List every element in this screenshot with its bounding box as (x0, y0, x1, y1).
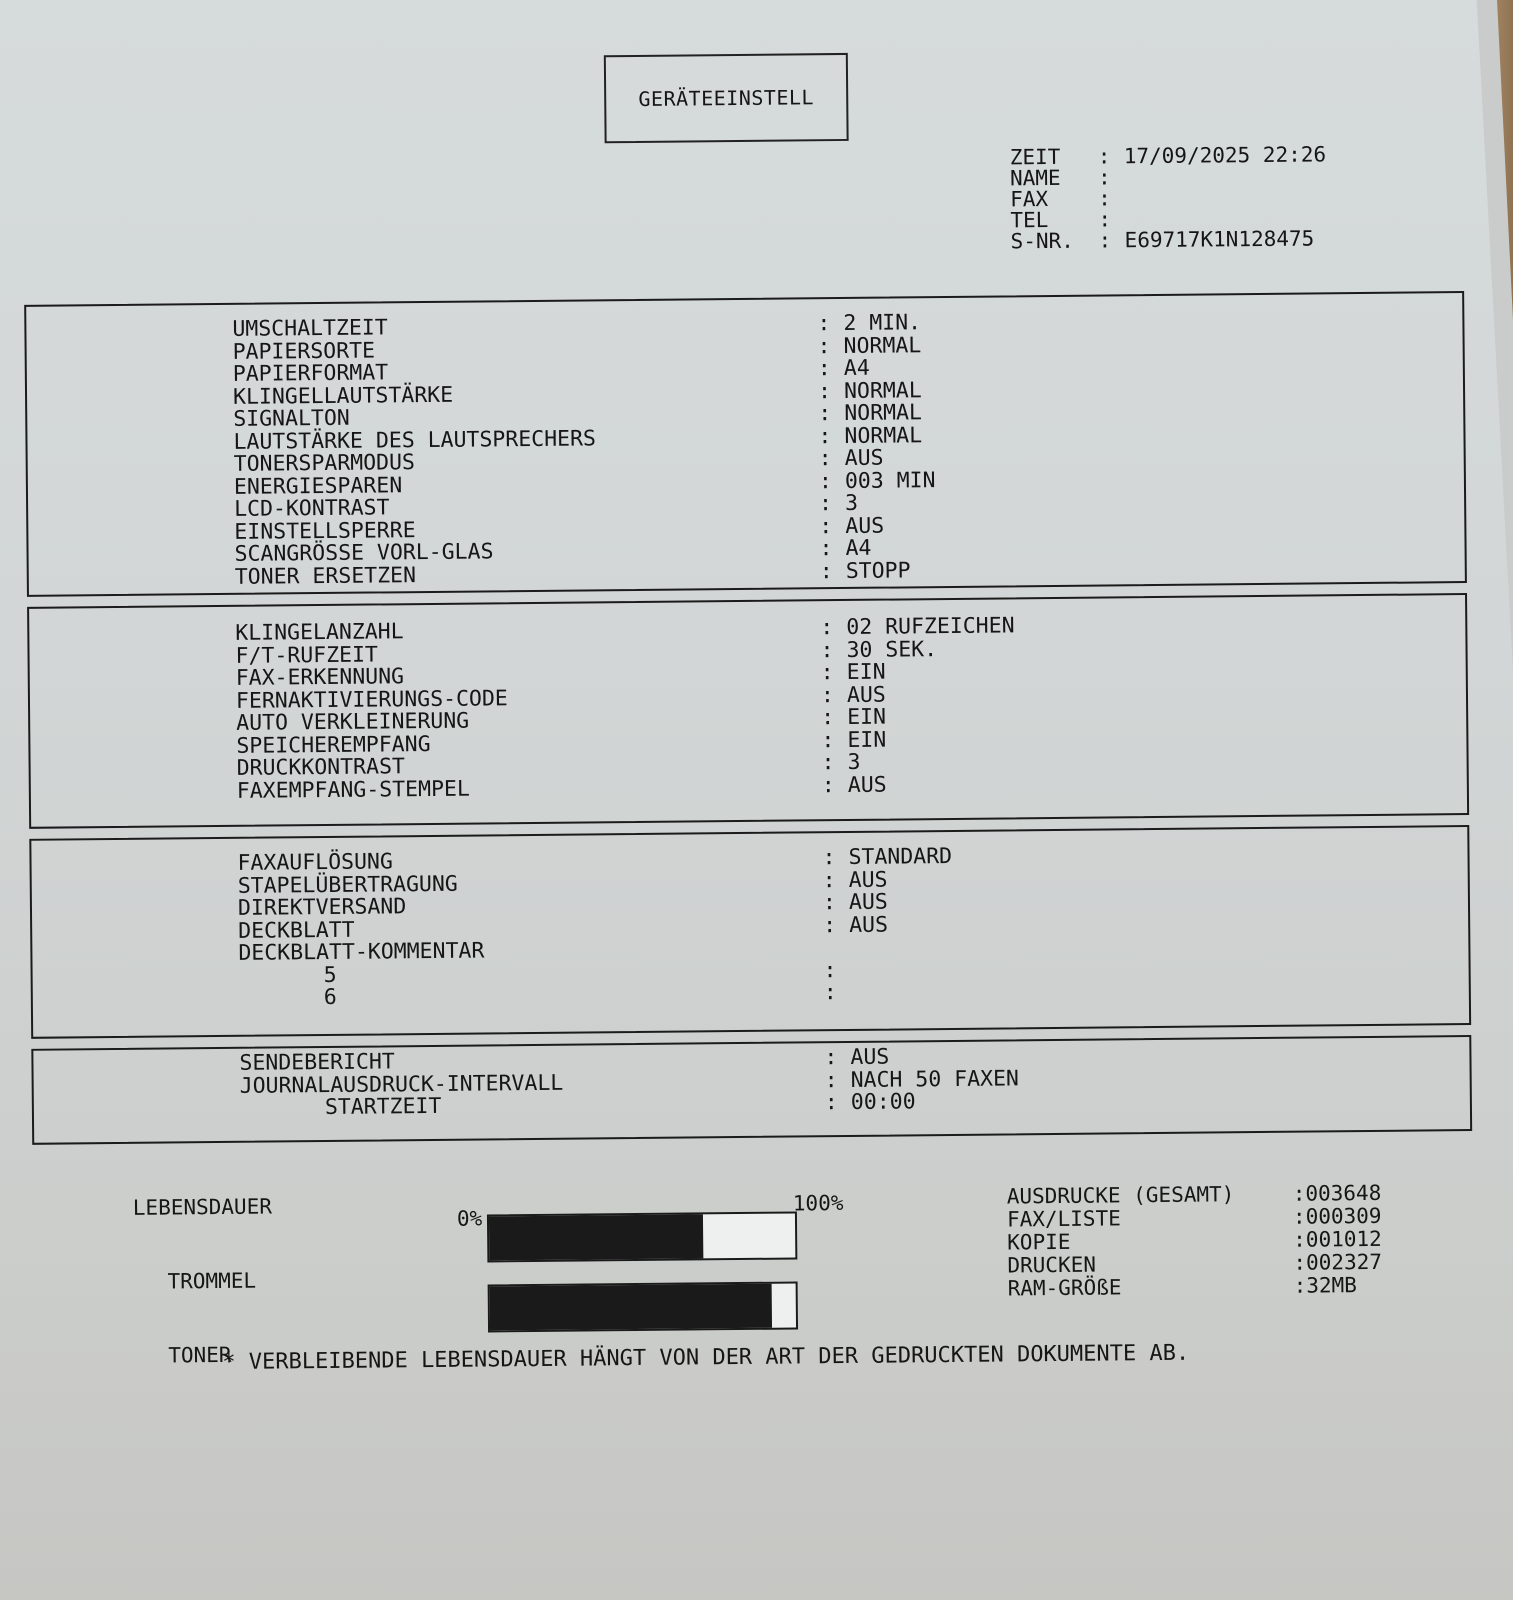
colon: : (818, 335, 844, 358)
counter-value: 32MB (1306, 1274, 1357, 1297)
lifetime-title: LEBENSDAUER (133, 1195, 272, 1220)
colon: : (822, 752, 848, 775)
counter-label: AUSDRUCKE (GESAMT) (1007, 1183, 1293, 1209)
setting-rows: SENDEBERICHT:AUSJOURNALAUSDRUCK-INTERVAL… (239, 1045, 1019, 1120)
toner-life-fill (490, 1284, 772, 1331)
header-row-time: ZEIT:17/09/2025 22:26 (1010, 144, 1326, 168)
setting-value: 30 SEK. (846, 639, 937, 662)
footnote: * VERBLEIBENDE LEBENSDAUER HÄNGT VON DER… (222, 1341, 1189, 1375)
counter-value: 001012 (1306, 1228, 1382, 1252)
setting-value: 003 MIN (845, 470, 936, 493)
setting-value: AUS (849, 892, 888, 915)
page-counters: AUSDRUCKE (GESAMT):003648FAX/LISTE:00030… (1007, 1182, 1383, 1301)
colon: : (1098, 209, 1124, 230)
setting-value: AUS (849, 914, 888, 937)
colon: : (824, 982, 850, 1005)
setting-rows: FAXAUFLÖSUNG:STANDARDSTAPELÜBERTRAGUNG:A… (237, 846, 953, 1010)
colon: : (825, 1092, 851, 1115)
drum-life-bar (487, 1211, 797, 1262)
setting-rows: UMSCHALTZEIT:2 MIN.PAPIERSORTE:NORMALPAP… (232, 312, 936, 589)
colon: : (1098, 188, 1124, 209)
scale-max: 100% (793, 1191, 844, 1215)
colon: : (822, 774, 848, 797)
colon: : (822, 847, 848, 870)
header-label: FAX (1010, 189, 1098, 211)
colon: : (819, 448, 845, 471)
header-info: ZEIT:17/09/2025 22:26 NAME: FAX: TEL: S-… (1010, 144, 1327, 252)
header-label: NAME (1010, 168, 1098, 190)
colon: : (818, 380, 844, 403)
setting-value: 02 RUFZEICHEN (846, 615, 1014, 639)
counter-value: 000309 (1306, 1205, 1382, 1229)
colon: : (1098, 146, 1124, 167)
colon: : (1099, 230, 1125, 251)
setting-value: AUS (847, 684, 886, 707)
header-row-name: NAME: (1010, 165, 1326, 189)
setting-label: 6 (239, 982, 824, 1010)
counter-label: RAM-GRÖßE (1008, 1275, 1294, 1301)
section-general: UMSCHALTZEIT:2 MIN.PAPIERSORTE:NORMALPAP… (24, 291, 1467, 597)
colon: : (819, 515, 845, 538)
colon: : (823, 869, 849, 892)
setting-value: NACH 50 FAXEN (851, 1068, 1019, 1092)
setting-row: TONER ERSETZEN:STOPP (235, 560, 937, 589)
section-report: SENDEBERICHT:AUSJOURNALAUSDRUCK-INTERVAL… (31, 1035, 1472, 1145)
toner-life-bar (488, 1281, 798, 1332)
section-receive: KLINGELANZAHL:02 RUFZEICHENF/T-RUFZEIT:3… (27, 593, 1469, 829)
setting-value: EIN (847, 707, 886, 730)
colon: : (819, 493, 845, 516)
setting-value: AUS (845, 448, 884, 471)
setting-value: 3 (848, 752, 861, 775)
setting-value: AUS (848, 774, 887, 797)
colon: : (821, 707, 847, 730)
setting-value: A4 (845, 538, 871, 561)
setting-row: STARTZEIT:00:00 (240, 1090, 1019, 1120)
section-send: FAXAUFLÖSUNG:STANDARDSTAPELÜBERTRAGUNG:A… (29, 825, 1471, 1039)
colon: : (821, 684, 847, 707)
colon: : (823, 892, 849, 915)
setting-value: EIN (847, 729, 886, 752)
counter-value: 002327 (1306, 1251, 1382, 1275)
header-row-serial: S-NR.:E69717K1N128475 (1011, 228, 1327, 252)
setting-value: EIN (847, 662, 886, 685)
setting-value: 00:00 (851, 1091, 916, 1114)
counter-label: FAX/LISTE (1007, 1206, 1293, 1232)
settings-report: GERÄTEEINSTELL ZEIT:17/09/2025 22:26 NAM… (0, 0, 1513, 1600)
counter-row: RAM-GRÖßE:32MB (1008, 1274, 1383, 1301)
colon: : (819, 470, 845, 493)
report-title: GERÄTEEINSTELL (604, 53, 849, 143)
setting-value: A4 (844, 358, 870, 381)
setting-value: 3 (845, 493, 858, 516)
scale-min: 0% (457, 1206, 483, 1230)
setting-value: STANDARD (848, 846, 952, 869)
report-title-text: GERÄTEEINSTELL (638, 85, 814, 111)
counter-value: 003648 (1305, 1182, 1381, 1206)
colon: : (818, 358, 844, 381)
setting-label: FAXEMPFANG-STEMPEL (237, 775, 822, 803)
colon: : (821, 729, 847, 752)
setting-row: FAXEMPFANG-STEMPEL:AUS (237, 773, 1016, 803)
colon: : (820, 639, 846, 662)
colon: : (817, 313, 843, 336)
colon: : (824, 1047, 850, 1070)
colon: : (1098, 167, 1124, 188)
header-value: 17/09/2025 22:26 (1124, 144, 1326, 167)
colon: : (823, 914, 849, 937)
header-label: S-NR. (1011, 231, 1099, 253)
counter-label: DRUCKEN (1007, 1252, 1293, 1278)
setting-label: TONER ERSETZEN (235, 561, 820, 589)
colon: : (820, 617, 846, 640)
header-row-fax: FAX: (1010, 186, 1326, 210)
setting-value: AUS (850, 1047, 889, 1070)
setting-value: NORMAL (844, 335, 922, 358)
setting-value: 2 MIN. (843, 312, 921, 335)
drum-label: TROMMEL (167, 1269, 256, 1294)
setting-rows: KLINGELANZAHL:02 RUFZEICHENF/T-RUFZEIT:3… (235, 615, 1016, 802)
colon: : (821, 662, 847, 685)
header-value: E69717K1N128475 (1125, 228, 1315, 251)
setting-label: STARTZEIT (240, 1092, 825, 1120)
setting-value: AUS (849, 869, 888, 892)
colon: : (825, 1069, 851, 1092)
setting-value: STOPP (846, 560, 911, 583)
counter-label: KOPIE (1007, 1229, 1293, 1255)
setting-value: AUS (845, 515, 884, 538)
colon: : (818, 403, 844, 426)
colon: : (820, 560, 846, 583)
colon: : (823, 959, 849, 982)
drum-life-fill (489, 1214, 704, 1260)
setting-value: NORMAL (844, 425, 922, 448)
colon: : (818, 425, 844, 448)
setting-value: NORMAL (844, 402, 922, 425)
colon (823, 937, 849, 960)
colon: : (819, 538, 845, 561)
